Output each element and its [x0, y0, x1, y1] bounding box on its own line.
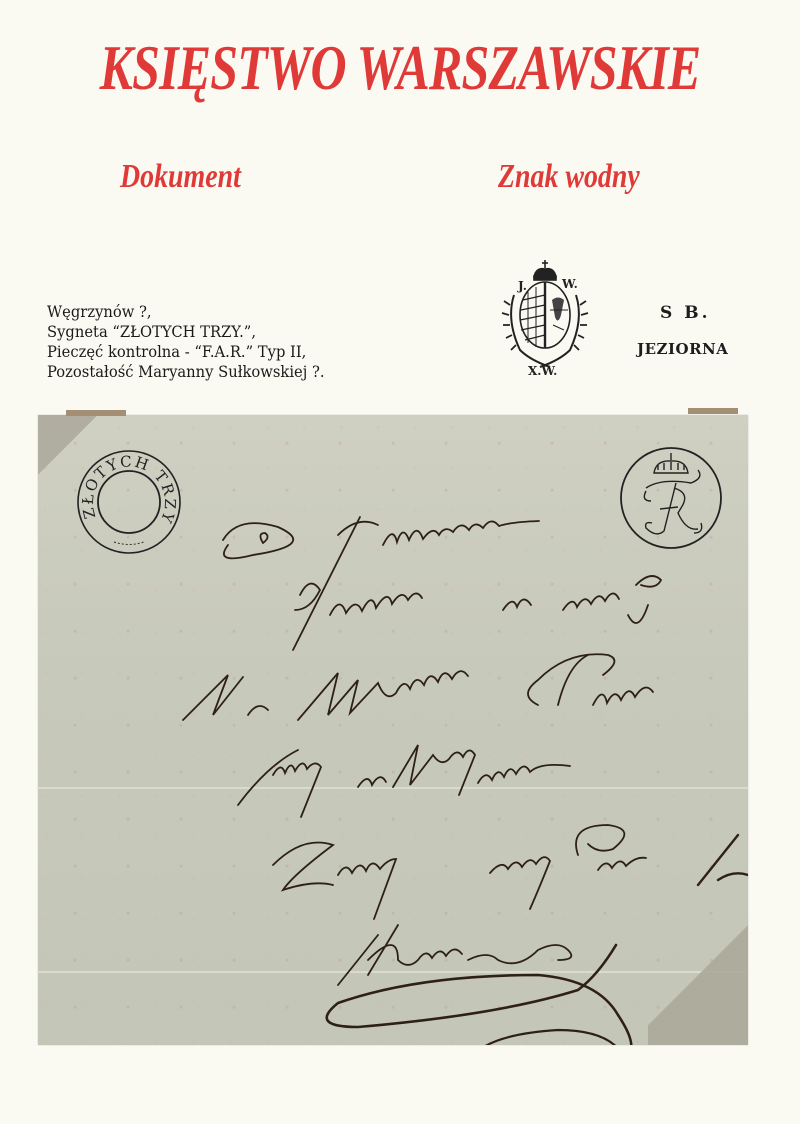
mount-tab — [688, 408, 738, 414]
watermark-mark-line1: S B. — [660, 303, 710, 323]
svg-text:X.W.: X.W. — [528, 364, 557, 375]
handwritten-address — [38, 415, 748, 1045]
page-title: KSIĘSTWO WARSZAWSKIE — [88, 36, 712, 100]
svg-text:W.: W. — [561, 277, 578, 291]
caption-line: Pieczęć kontrolna - “F.A.R.” Typ II, — [47, 342, 325, 362]
document-label: Dokument — [120, 160, 241, 194]
caption-line: Sygneta “ZŁOTYCH TRZY.”, — [47, 322, 325, 342]
caption-line: Węgrzynów ?, — [47, 302, 325, 322]
svg-text:J.: J. — [517, 279, 527, 293]
caption-line: Pozostałość Maryanny Sułkowskiej ?. — [47, 362, 325, 382]
watermark-mark-line2: JEZIORNA — [637, 340, 728, 358]
letter-document: ZŁOTYCH TRZY — [38, 415, 748, 1045]
document-caption: Węgrzynów ?, Sygneta “ZŁOTYCH TRZY.”, Pi… — [47, 302, 339, 382]
watermark-label: Znak wodny — [498, 160, 640, 194]
coat-of-arms-watermark-icon: J. W. X.W. — [498, 255, 592, 375]
